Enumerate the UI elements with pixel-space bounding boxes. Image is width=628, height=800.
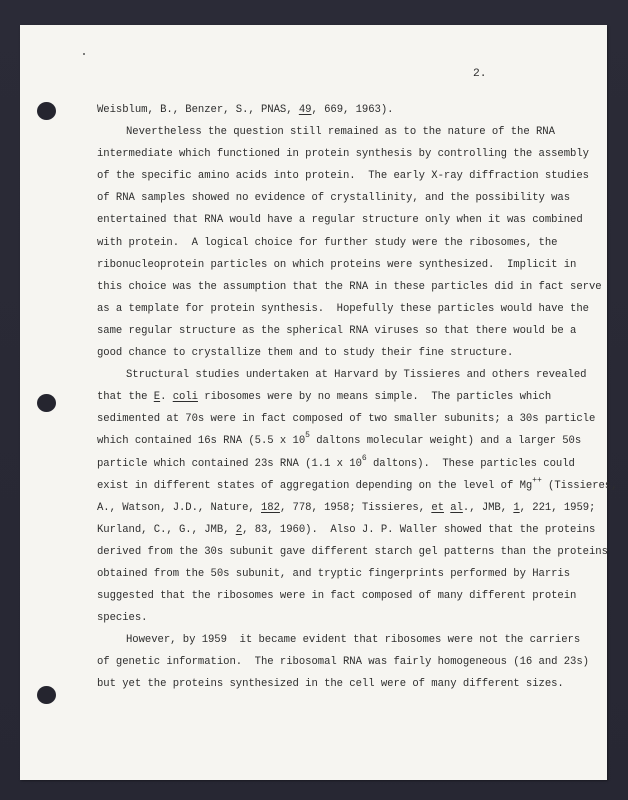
text-segment: A., Watson, J.D., Nature, — [97, 502, 261, 514]
body-text: Weisblum, B., Benzer, S., PNAS, 49, 669,… — [97, 99, 577, 696]
text-segment: , 221, 1959; — [520, 502, 596, 514]
text-line: Weisblum, B., Benzer, S., PNAS, 49, 669,… — [97, 99, 577, 121]
text-line: of RNA samples showed no evidence of cry… — [97, 187, 577, 209]
text-segment: suggested that the ribosomes were in fac… — [97, 590, 576, 602]
text-segment: , 83, 1960). Also J. P. Waller showed th… — [242, 524, 595, 536]
text-segment: same regular structure as the spherical … — [97, 325, 576, 337]
text-line: of genetic information. The ribosomal RN… — [97, 651, 577, 673]
text-segment: of RNA samples showed no evidence of cry… — [97, 192, 570, 204]
text-line: intermediate which functioned in protein… — [97, 143, 577, 165]
text-segment: intermediate which functioned in protein… — [97, 148, 589, 160]
text-line: particle which contained 23s RNA (1.1 x … — [97, 453, 577, 475]
text-line: this choice was the assumption that the … — [97, 276, 577, 298]
text-segment: that the — [97, 391, 154, 403]
text-segment: (Tissieres, — [542, 480, 618, 492]
underlined-text: et — [431, 502, 444, 514]
punch-hole-middle — [37, 394, 56, 412]
text-segment: entertained that RNA would have a regula… — [97, 214, 583, 226]
text-line: A., Watson, J.D., Nature, 182, 778, 1958… — [97, 497, 577, 519]
text-segment: this choice was the assumption that the … — [97, 281, 602, 293]
text-line: as a template for protein synthesis. Hop… — [97, 298, 577, 320]
text-segment: However, by 1959 it became evident that … — [126, 634, 580, 646]
text-line: but yet the proteins synthesized in the … — [97, 673, 577, 695]
text-segment: , 669, 1963). — [311, 104, 393, 116]
text-segment: which contained 16s RNA (5.5 x 10 — [97, 435, 305, 447]
text-segment: with protein. A logical choice for furth… — [97, 237, 557, 249]
underlined-text: al — [450, 502, 463, 514]
text-line: However, by 1959 it became evident that … — [97, 629, 577, 651]
text-line: entertained that RNA would have a regula… — [97, 209, 577, 231]
text-line: derived from the 30s subunit gave differ… — [97, 541, 577, 563]
text-line: exist in different states of aggregation… — [97, 475, 577, 497]
text-line: which contained 16s RNA (5.5 x 105 dalto… — [97, 430, 577, 452]
text-line: of the specific amino acids into protein… — [97, 165, 577, 187]
text-segment: ribonucleoprotein particles on which pro… — [97, 259, 576, 271]
text-line: Nevertheless the question still remained… — [97, 121, 577, 143]
text-line: that the E. coli ribosomes were by no me… — [97, 386, 577, 408]
superscript: ++ — [532, 476, 542, 485]
text-line: good chance to crystallize them and to s… — [97, 342, 577, 364]
punch-hole-bottom — [37, 686, 56, 704]
text-segment: derived from the 30s subunit gave differ… — [97, 546, 608, 558]
text-segment: good chance to crystallize them and to s… — [97, 347, 513, 359]
text-segment: obtained from the 50s subunit, and trypt… — [97, 568, 570, 580]
text-segment: exist in different states of aggregation… — [97, 480, 532, 492]
text-line: species. — [97, 607, 577, 629]
text-segment: Nevertheless the question still remained… — [126, 126, 555, 138]
text-line: obtained from the 50s subunit, and trypt… — [97, 563, 577, 585]
text-segment: Structural studies undertaken at Harvard… — [126, 369, 586, 381]
text-segment: ribosomes were by no means simple. The p… — [198, 391, 551, 403]
text-segment: particle which contained 23s RNA (1.1 x … — [97, 458, 362, 470]
text-segment: sedimented at 70s were in fact composed … — [97, 413, 595, 425]
text-line: ribonucleoprotein particles on which pro… — [97, 254, 577, 276]
text-segment: . — [160, 391, 173, 403]
text-segment: daltons molecular weight) and a larger 5… — [310, 435, 581, 447]
underlined-text: 49 — [299, 104, 312, 116]
text-segment: ., JMB, — [463, 502, 513, 514]
text-segment: Kurland, C., G., JMB, — [97, 524, 236, 536]
text-line: Structural studies undertaken at Harvard… — [97, 364, 577, 386]
underlined-text: coli — [173, 391, 198, 403]
text-segment: daltons). These particles could — [367, 458, 575, 470]
text-segment: Weisblum, B., Benzer, S., PNAS, — [97, 104, 299, 116]
text-line: suggested that the ribosomes were in fac… — [97, 585, 577, 607]
text-segment: as a template for protein synthesis. Hop… — [97, 303, 589, 315]
punch-hole-top — [37, 102, 56, 120]
text-line: with protein. A logical choice for furth… — [97, 232, 577, 254]
paper-speck — [83, 53, 85, 55]
text-line: sedimented at 70s were in fact composed … — [97, 408, 577, 430]
text-line: Kurland, C., G., JMB, 2, 83, 1960). Also… — [97, 519, 577, 541]
text-segment: but yet the proteins synthesized in the … — [97, 678, 564, 690]
text-segment: of genetic information. The ribosomal RN… — [97, 656, 589, 668]
underlined-text: 182 — [261, 502, 280, 514]
text-segment: species. — [97, 612, 147, 624]
text-line: same regular structure as the spherical … — [97, 320, 577, 342]
text-segment: , 778, 1958; Tissieres, — [280, 502, 431, 514]
page-number: 2. — [473, 68, 487, 80]
text-segment: of the specific amino acids into protein… — [97, 170, 589, 182]
